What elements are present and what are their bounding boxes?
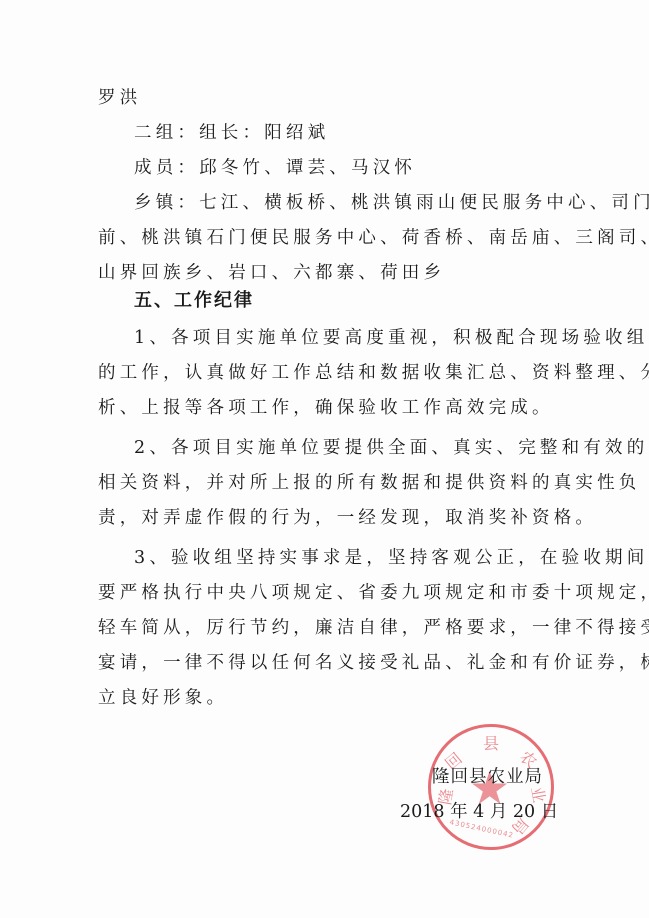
text-line: 析、上报等各项工作，确保验收工作高效完成。: [98, 396, 554, 420]
signature-org: 隆回县农业局: [432, 765, 543, 789]
text-line: 成员：邱冬竹、谭芸、马汉怀: [134, 156, 416, 180]
seal-char: 县: [483, 731, 499, 754]
signature-date: 2018 年 4 月 20 日: [400, 800, 558, 824]
text-line: 轻车简从，厉行节约，廉洁自律，严格要求，一律不得接受: [98, 616, 649, 640]
text-line: 2、各项目实施单位要提供全面、真实、完整和有效的: [134, 436, 648, 460]
text-line: 前、桃洪镇石门便民服务中心、荷香桥、南岳庙、三阁司、: [98, 226, 649, 250]
text-line: 乡镇：七江、横板桥、桃洪镇雨山便民服务中心、司门: [134, 191, 649, 215]
document-page: 罗洪二组：组长：阳绍斌成员：邱冬竹、谭芸、马汉怀乡镇：七江、横板桥、桃洪镇雨山便…: [0, 0, 649, 918]
text-line: 责，对弄虚作假的行为，一经发现，取消奖补资格。: [98, 506, 597, 530]
text-line: 罗洪: [98, 86, 141, 110]
section-heading: 五、工作纪律: [134, 289, 254, 313]
text-line: 宴请，一律不得以任何名义接受礼品、礼金和有价证券，树: [98, 651, 649, 675]
text-line: 相关资料，并对所上报的所有数据和提供资料的真实性负: [98, 471, 641, 495]
text-line: 3、验收组坚持实事求是，坚持客观公正，在验收期间: [134, 546, 648, 570]
text-line: 1、各项目实施单位要高度重视，积极配合现场验收组: [134, 326, 648, 350]
text-line: 二组：组长：阳绍斌: [134, 121, 329, 145]
text-line: 要严格执行中央八项规定、省委九项规定和市委十项规定，: [98, 581, 649, 605]
text-line: 的工作，认真做好工作总结和数据收集汇总、资料整理、分: [98, 361, 649, 385]
text-line: 山界回族乡、岩口、六都寨、荷田乡: [98, 261, 445, 285]
text-line: 立良好形象。: [98, 686, 228, 710]
